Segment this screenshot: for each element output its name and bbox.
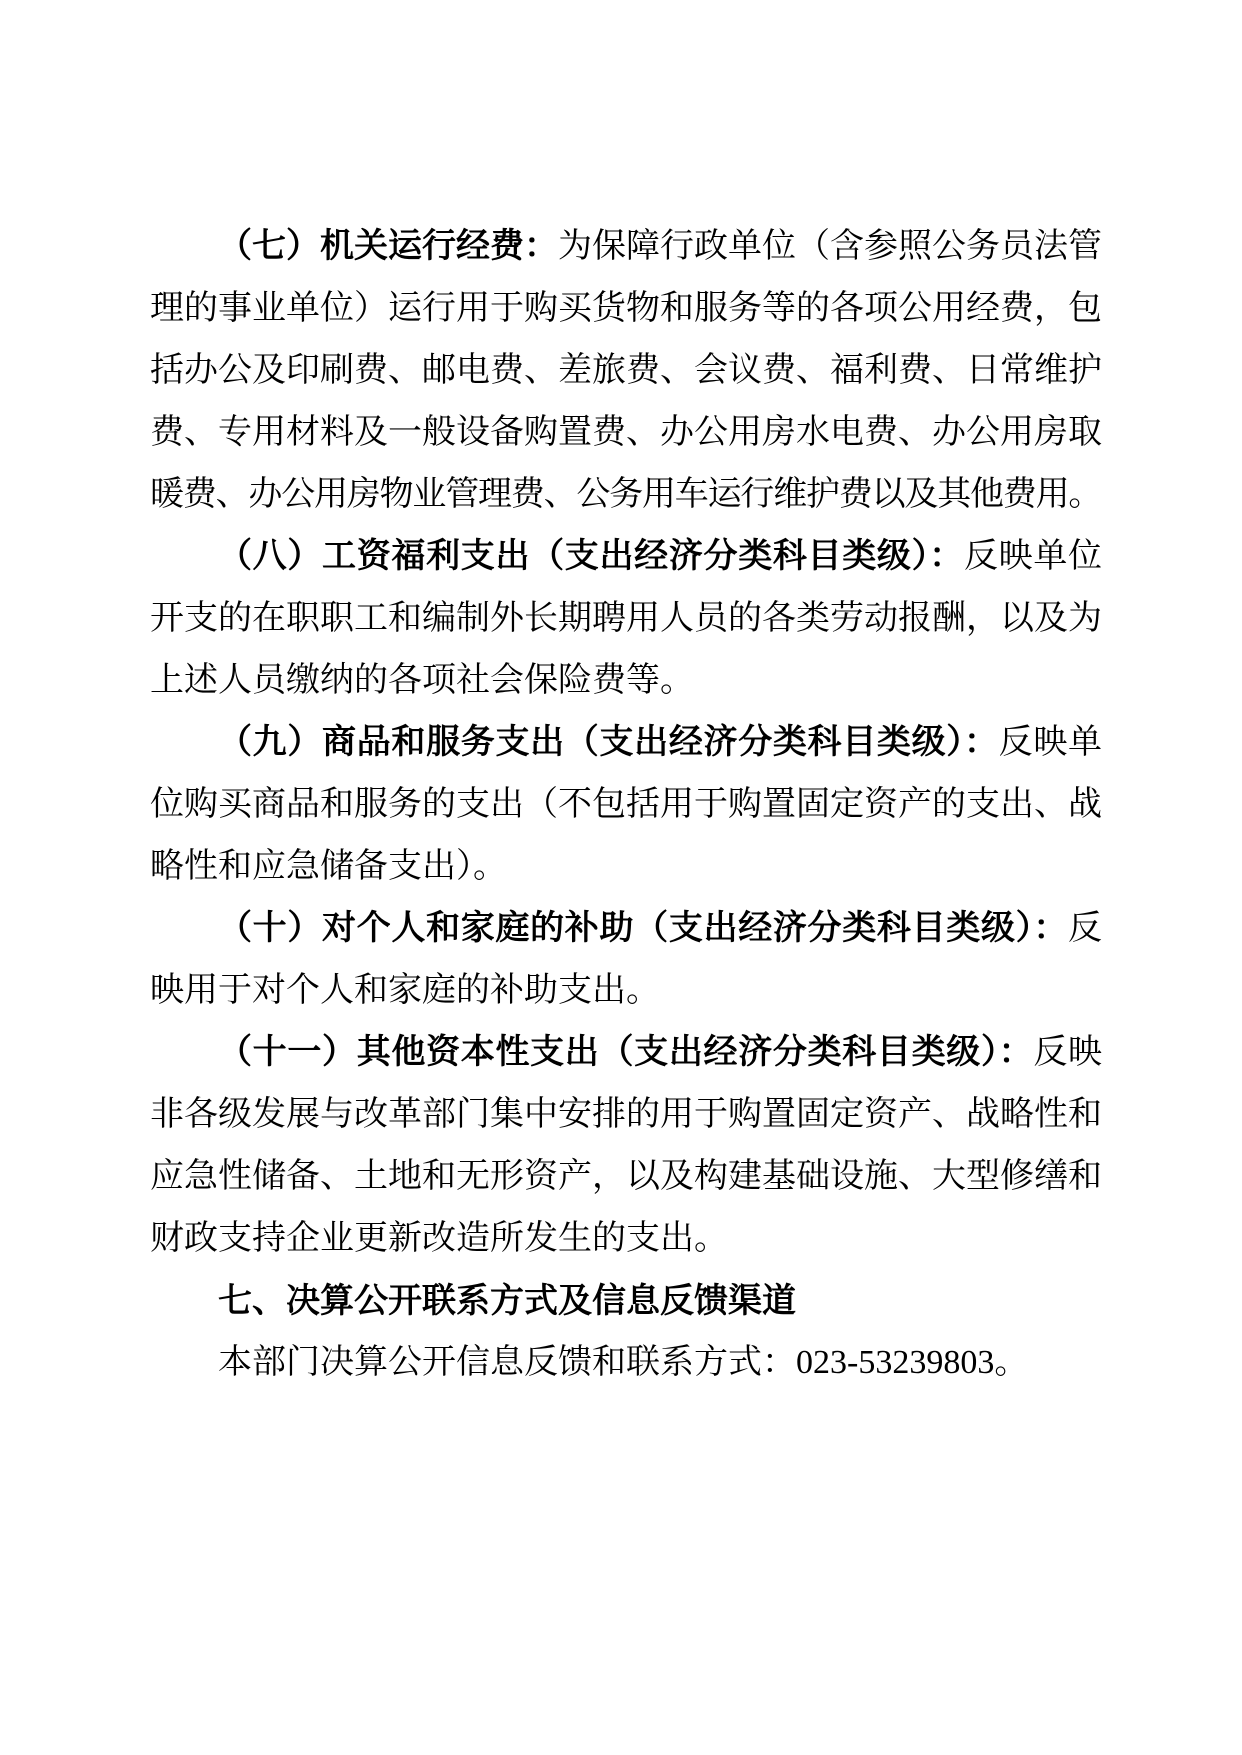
- paragraph-item-8: （八）工资福利支出（支出经济分类科目类级）：反映单位 开支的在职职工和编制外长期…: [150, 526, 1102, 712]
- text-line: （九）商品和服务支出（支出经济分类科目类级）：反映单: [150, 712, 1102, 774]
- line-text: 略性和应急储备支出）。: [150, 848, 507, 885]
- term-lead: （八）工资福利支出（支出经济分类科目类级）：: [218, 538, 964, 575]
- contact-line: 本部门决算公开信息反馈和联系方式：023-53239803。: [150, 1332, 1102, 1394]
- phone-number: 023-53239803: [796, 1344, 994, 1381]
- text-line: 暖费、办公用房物业管理费、公务用车运行维护费以及其他费用。: [150, 464, 1102, 526]
- term-lead: （九）商品和服务支出（支出经济分类科目类级）：: [218, 724, 999, 761]
- line-text: 非各级发展与改革部门集中安排的用于购置固定资产、战略性和: [150, 1096, 1102, 1133]
- line-text: 反映单位: [964, 538, 1102, 575]
- text-line: 上述人员缴纳的各项社会保险费等。: [150, 650, 1102, 712]
- text-line: （七）机关运行经费：为保障行政单位（含参照公务员法管: [150, 216, 1102, 278]
- line-text: 为保障行政单位（含参照公务员法管: [558, 228, 1102, 265]
- line-text: 映用于对个人和家庭的补助支出。: [150, 972, 660, 1009]
- text-line: 非各级发展与改革部门集中安排的用于购置固定资产、战略性和: [150, 1084, 1102, 1146]
- paragraph-item-11: （十一）其他资本性支出（支出经济分类科目类级）：反映 非各级发展与改革部门集中安…: [150, 1022, 1102, 1270]
- text-line: 括办公及印刷费、邮电费、差旅费、会议费、福利费、日常维护: [150, 340, 1102, 402]
- text-line: 费、专用材料及一般设备购置费、办公用房水电费、办公用房取: [150, 402, 1102, 464]
- paragraph-item-7: （七）机关运行经费：为保障行政单位（含参照公务员法管 理的事业单位）运行用于购买…: [150, 216, 1102, 526]
- line-text: 反: [1068, 910, 1102, 947]
- document-text-block: （七）机关运行经费：为保障行政单位（含参照公务员法管 理的事业单位）运行用于购买…: [150, 216, 1102, 1394]
- text-line: 财政支持企业更新改造所发生的支出。: [150, 1208, 1102, 1270]
- term-lead: （十）对个人和家庭的补助（支出经济分类科目类级）：: [218, 910, 1068, 947]
- line-text: 位购买商品和服务的支出（不包括用于购置固定资产的支出、战: [150, 786, 1102, 823]
- contact-label: 本部门决算公开信息反馈和联系方式：: [218, 1344, 796, 1381]
- line-text: 开支的在职职工和编制外长期聘用人员的各类劳动报酬，以及为: [150, 600, 1102, 637]
- line-text: 费、专用材料及一般设备购置费、办公用房水电费、办公用房取: [150, 414, 1102, 451]
- line-text: 括办公及印刷费、邮电费、差旅费、会议费、福利费、日常维护: [150, 352, 1102, 389]
- line-text: 理的事业单位）运行用于购买货物和服务等的各项公用经费，包: [150, 290, 1102, 327]
- text-line: （十）对个人和家庭的补助（支出经济分类科目类级）：反: [150, 898, 1102, 960]
- text-line: 略性和应急储备支出）。: [150, 836, 1102, 898]
- line-text: 反映: [1033, 1034, 1102, 1071]
- line-text: 财政支持企业更新改造所发生的支出。: [150, 1220, 728, 1257]
- term-lead: （七）机关运行经费：: [218, 228, 558, 265]
- text-line: 开支的在职职工和编制外长期聘用人员的各类劳动报酬，以及为: [150, 588, 1102, 650]
- section-heading: 七、决算公开联系方式及信息反馈渠道: [150, 1270, 1102, 1332]
- text-line: （十一）其他资本性支出（支出经济分类科目类级）：反映: [150, 1022, 1102, 1084]
- line-text: 暖费、办公用房物业管理费、公务用车运行维护费以及其他费用。: [150, 476, 1101, 513]
- text-line: （八）工资福利支出（支出经济分类科目类级）：反映单位: [150, 526, 1102, 588]
- line-text: 应急性储备、土地和无形资产，以及构建基础设施、大型修缮和: [150, 1158, 1102, 1195]
- text-line: 位购买商品和服务的支出（不包括用于购置固定资产的支出、战: [150, 774, 1102, 836]
- text-line: 应急性储备、土地和无形资产，以及构建基础设施、大型修缮和: [150, 1146, 1102, 1208]
- line-text: 上述人员缴纳的各项社会保险费等。: [150, 662, 694, 699]
- text-line: 理的事业单位）运行用于购买货物和服务等的各项公用经费，包: [150, 278, 1102, 340]
- paragraph-item-10: （十）对个人和家庭的补助（支出经济分类科目类级）：反 映用于对个人和家庭的补助支…: [150, 898, 1102, 1022]
- line-text: 反映单: [999, 724, 1102, 761]
- contact-period: 。: [994, 1344, 1028, 1381]
- document-page: （七）机关运行经费：为保障行政单位（含参照公务员法管 理的事业单位）运行用于购买…: [0, 0, 1242, 1755]
- paragraph-item-9: （九）商品和服务支出（支出经济分类科目类级）：反映单 位购买商品和服务的支出（不…: [150, 712, 1102, 898]
- text-line: 映用于对个人和家庭的补助支出。: [150, 960, 1102, 1022]
- term-lead: （十一）其他资本性支出（支出经济分类科目类级）：: [218, 1034, 1033, 1071]
